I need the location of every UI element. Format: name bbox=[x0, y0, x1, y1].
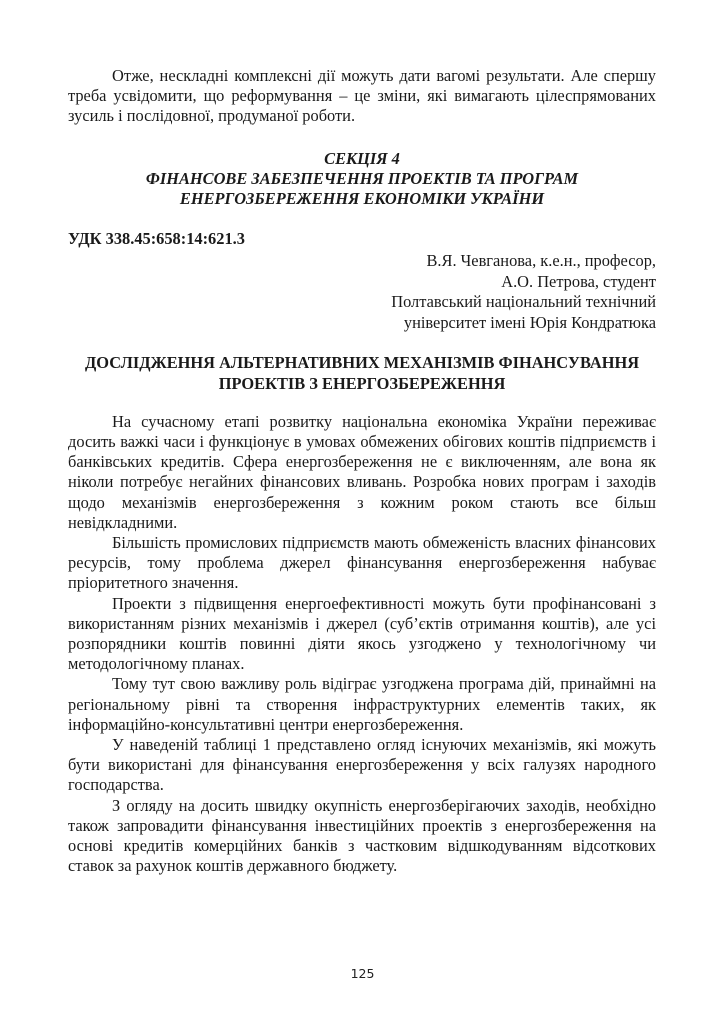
article-body: На сучасному етапі розвитку національна … bbox=[68, 412, 656, 877]
udk-code: УДК 338.45:658:14:621.3 bbox=[68, 229, 656, 249]
section-heading: СЕКЦІЯ 4 ФІНАНСОВЕ ЗАБЕЗПЕЧЕННЯ ПРОЕКТІВ… bbox=[68, 149, 656, 210]
document-page: Отже, нескладні комплексні дії можуть да… bbox=[68, 66, 656, 877]
body-paragraph-1: На сучасному етапі розвитку національна … bbox=[68, 412, 656, 533]
intro-paragraph: Отже, нескладні комплексні дії можуть да… bbox=[68, 66, 656, 127]
article-title: ДОСЛІДЖЕННЯ АЛЬТЕРНАТИВНИХ МЕХАНІЗМІВ ФІ… bbox=[68, 353, 656, 393]
article-title-line1: ДОСЛІДЖЕННЯ АЛЬТЕРНАТИВНИХ МЕХАНІЗМІВ ФІ… bbox=[68, 353, 656, 373]
affiliation-line1: Полтавський національний технічний bbox=[68, 292, 656, 313]
body-paragraph-6: З огляду на досить швидку окупність енер… bbox=[68, 796, 656, 877]
body-paragraph-2: Більшість промислових підприємств мають … bbox=[68, 533, 656, 594]
author-1: В.Я. Чевганова, к.е.н., професор, bbox=[68, 251, 656, 272]
body-paragraph-3: Проекти з підвищення енергоефективності … bbox=[68, 594, 656, 675]
article-title-line2: ПРОЕКТІВ З ЕНЕРГОЗБЕРЕЖЕННЯ bbox=[68, 374, 656, 394]
section-title-line2: ЕНЕРГОЗБЕРЕЖЕННЯ ЕКОНОМІКИ УКРАЇНИ bbox=[68, 189, 656, 209]
section-label: СЕКЦІЯ 4 bbox=[68, 149, 656, 169]
authors-block: В.Я. Чевганова, к.е.н., професор, А.О. П… bbox=[68, 251, 656, 333]
section-title-line1: ФІНАНСОВЕ ЗАБЕЗПЕЧЕННЯ ПРОЕКТІВ ТА ПРОГР… bbox=[68, 169, 656, 189]
body-paragraph-5: У наведеній таблиці 1 представлено огляд… bbox=[68, 735, 656, 796]
affiliation-line2: університет імені Юрія Кондратюка bbox=[68, 313, 656, 334]
author-2: А.О. Петрова, студент bbox=[68, 272, 656, 293]
body-paragraph-4: Тому тут свою важливу роль відіграє узго… bbox=[68, 674, 656, 735]
page-number: 125 bbox=[0, 966, 725, 981]
